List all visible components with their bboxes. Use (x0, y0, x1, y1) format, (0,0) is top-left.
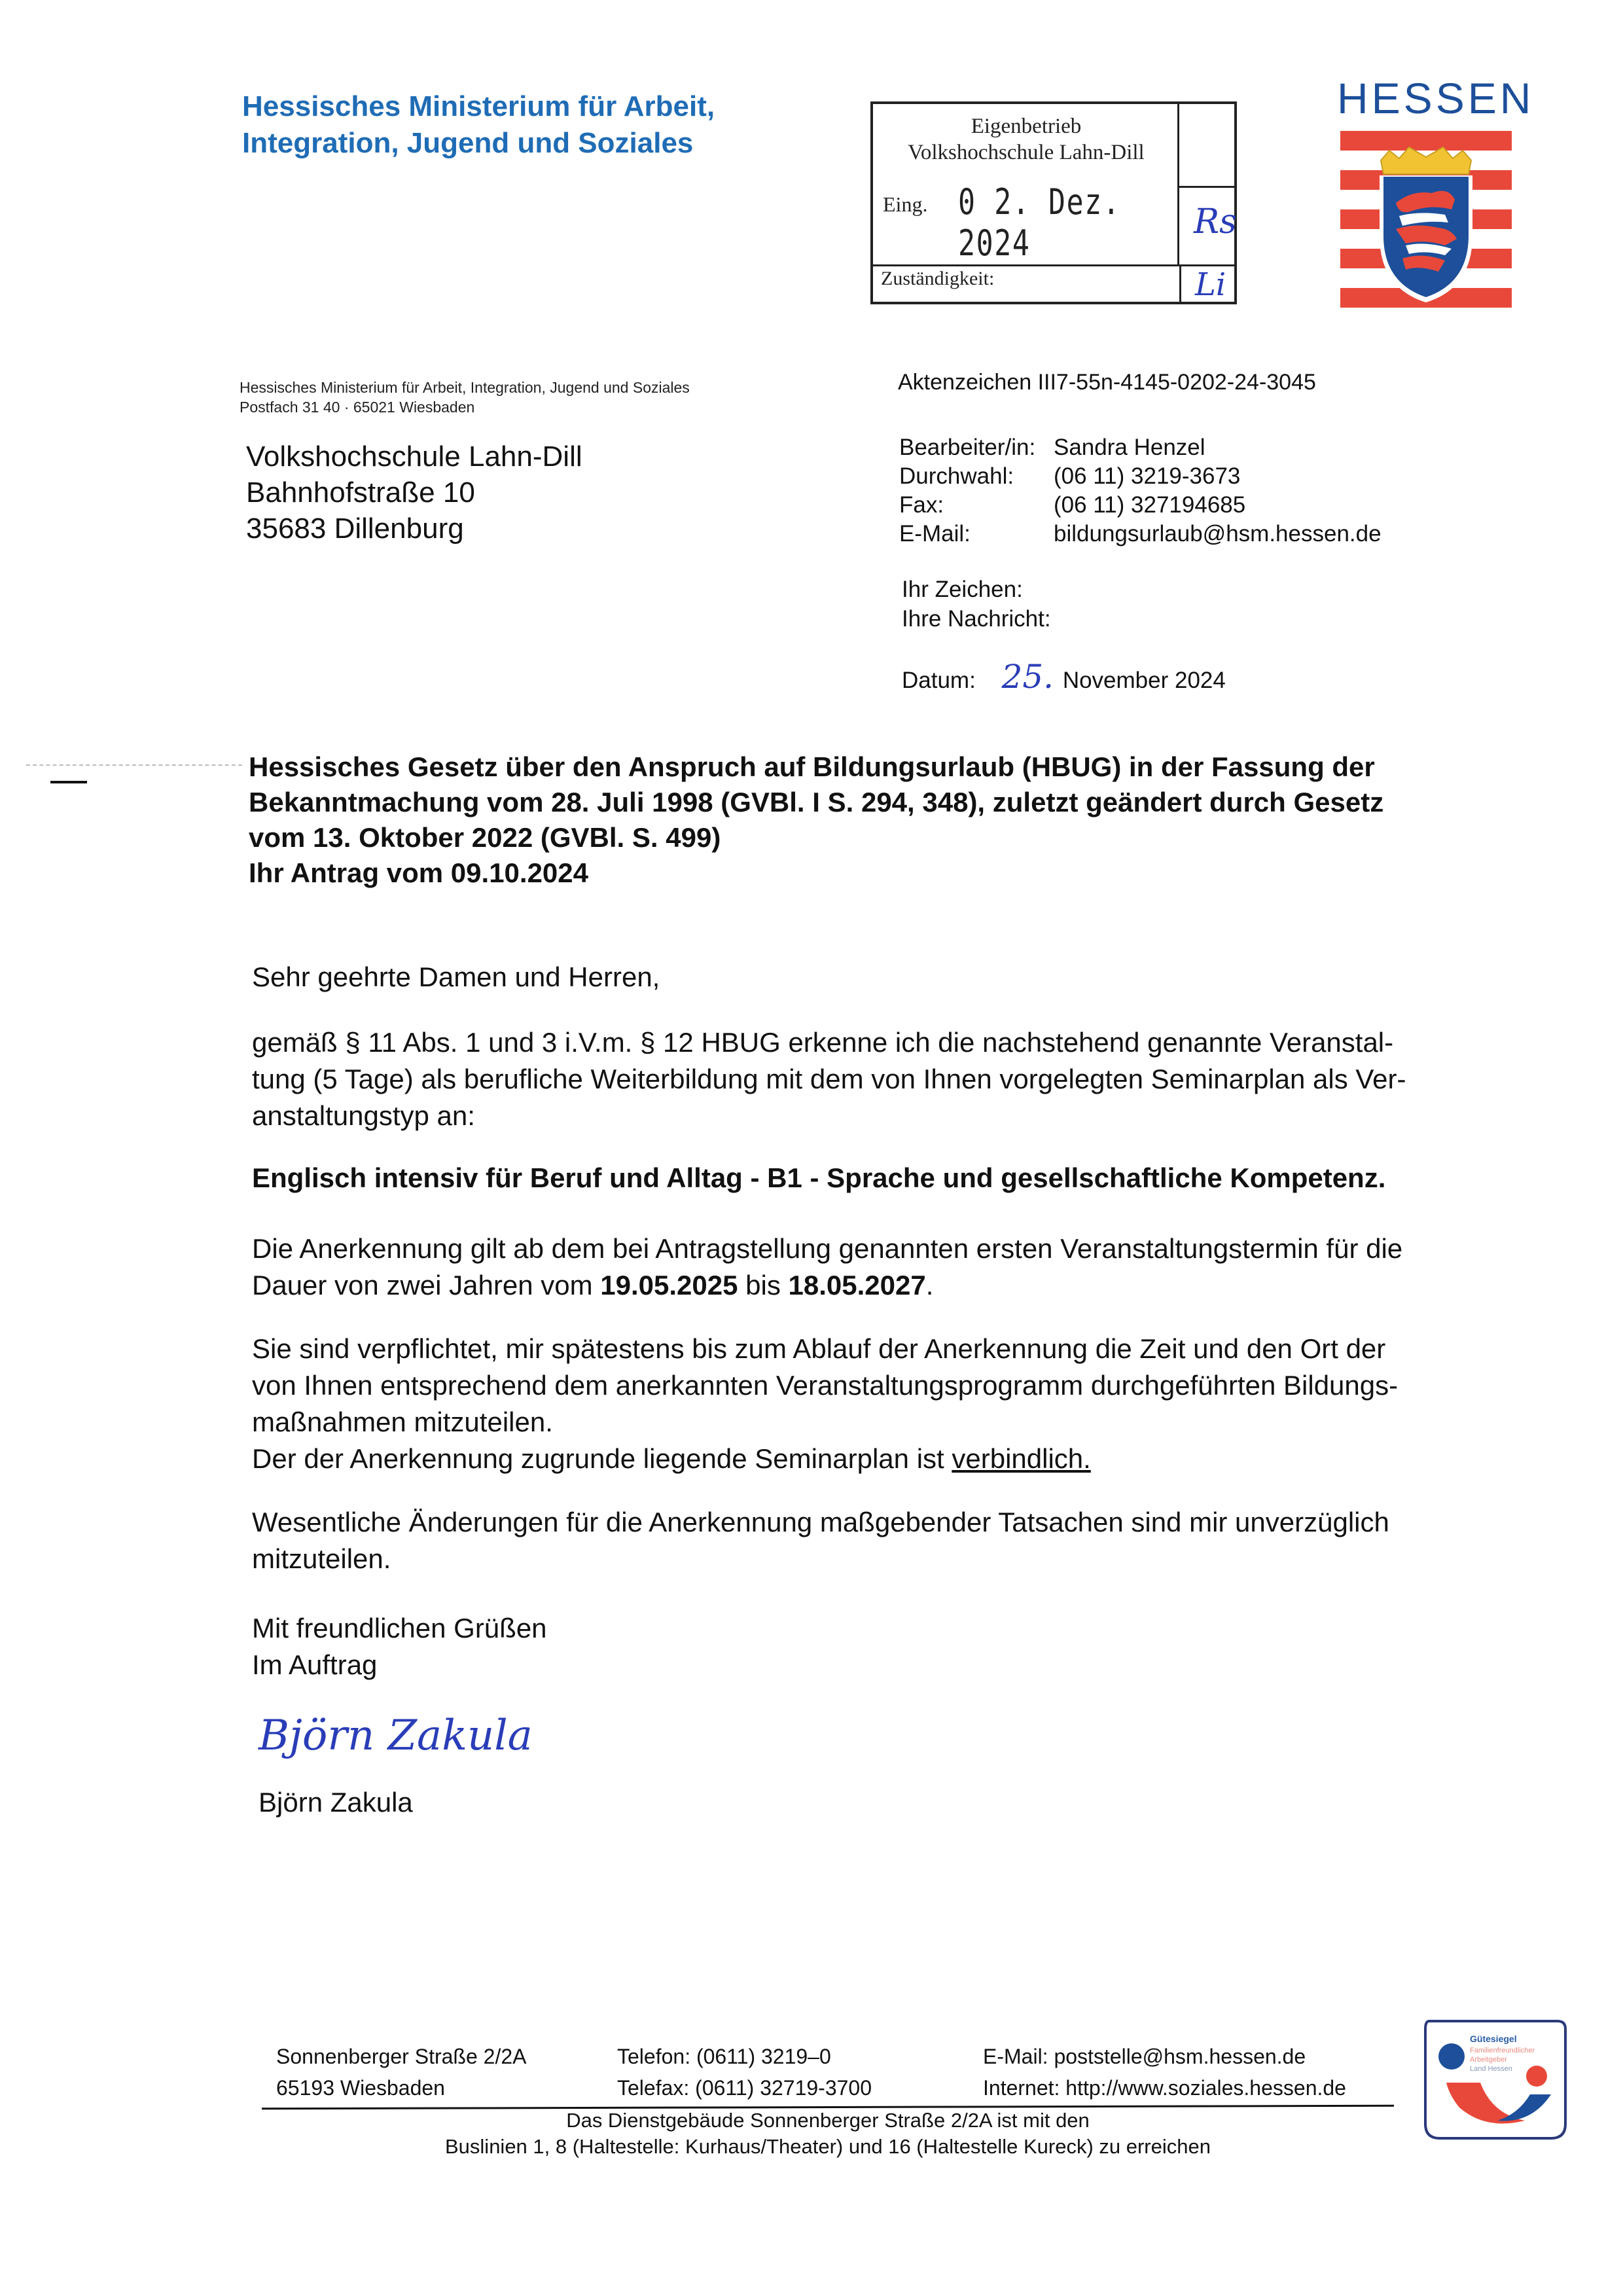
course-title: Englisch intensiv für Beruf und Alltag -… (252, 1160, 1522, 1196)
subject-line3: vom 13. Oktober 2022 (GVBl. S. 499) (249, 820, 1383, 855)
binding-prefix: Der der Anerkennung zugrunde liegende Se… (252, 1443, 952, 1474)
footer-email[interactable]: E-Mail: poststelle@hsm.hessen.de (983, 2041, 1346, 2072)
paragraph-line: mitzuteilen. (252, 1541, 1522, 1577)
family-friendly-employer-seal-icon: Gütesiegel Familienfreundlicher Arbeitge… (1420, 2016, 1571, 2144)
closing-greeting: Mit freundlichen Grüßen (252, 1610, 1522, 1647)
footer-transport-note: Das Dienstgebäude Sonnenberger Straße 2/… (262, 2108, 1394, 2160)
ministry-title-line1: Hessisches Ministerium für Arbeit, (242, 88, 715, 125)
recipient-address: Volkshochschule Lahn-Dill Bahnhofstraße … (246, 439, 582, 547)
ministry-title: Hessisches Ministerium für Arbeit, Integ… (242, 88, 715, 162)
fold-mark (50, 781, 87, 783)
ministry-title-line2: Integration, Jugend und Soziales (242, 125, 715, 162)
paragraph-line: gemäß § 11 Abs. 1 und 3 i.V.m. § 12 HBUG… (252, 1024, 1522, 1061)
paragraph-obligation: Sie sind verpflichtet, mir spätestens bi… (252, 1331, 1522, 1477)
contact-label: Durchwahl: (899, 462, 1054, 491)
validity-prefix: Dauer von zwei Jahren vom (252, 1270, 600, 1300)
stamp-side-cell-top (1179, 104, 1234, 188)
file-reference-value: III7-55n-4145-0202-24-3045 (1038, 370, 1316, 395)
recipient-street: Bahnhofstraße 10 (246, 475, 582, 511)
valid-from-date: 19.05.2025 (600, 1270, 738, 1300)
paragraph-line: Sie sind verpflichtet, mir spätestens bi… (252, 1331, 1522, 1367)
subject-line2: Bekanntmachung vom 28. Juli 1998 (GVBl. … (249, 785, 1383, 820)
paragraph-line: Die Anerkennung gilt ab dem bei Antragst… (252, 1230, 1522, 1267)
contact-row-fax: Fax: (06 11) 327194685 (899, 491, 1382, 520)
svg-text:Familienfreundlicher: Familienfreundlicher (1470, 2047, 1535, 2054)
sender-line1: Hessisches Ministerium für Arbeit, Integ… (240, 378, 690, 397)
letter-date: Datum: 25. November 2024 (902, 658, 1226, 696)
paragraph-changes: Wesentliche Änderungen für die Anerkennu… (252, 1504, 1522, 1577)
handwritten-signature: Björn Zakula (259, 1712, 533, 1760)
handwritten-initials-li: Li (1195, 266, 1226, 303)
stamp-org-line1: Eigenbetrieb (873, 113, 1179, 139)
contact-label: Fax: (899, 491, 1054, 520)
validity-between: bis (738, 1270, 788, 1300)
contact-value: Sandra Henzel (1054, 433, 1205, 462)
footer-city: 65193 Wiesbaden (276, 2072, 526, 2104)
footer-phone-block: Telefon: (0611) 3219–0 Telefax: (0611) 3… (617, 2041, 872, 2104)
contact-row-clerk: Bearbeiter/in: Sandra Henzel (899, 433, 1382, 462)
footer-address: Sonnenberger Straße 2/2A 65193 Wiesbaden (276, 2041, 526, 2104)
your-reference-block: Ihr Zeichen: Ihre Nachricht: (902, 575, 1051, 634)
closing: Mit freundlichen Grüßen Im Auftrag (252, 1610, 1522, 1683)
contact-row-phone: Durchwahl: (06 11) 3219-3673 (899, 462, 1382, 491)
date-label: Datum: (902, 668, 976, 693)
paragraph-line: von Ihnen entsprechend dem anerkannten V… (252, 1367, 1522, 1404)
date-day-handwritten: 25. (1002, 658, 1054, 696)
fold-line (26, 764, 242, 766)
stamp-responsibility-label: Zuständigkeit: (881, 268, 994, 290)
svg-text:Land Hessen: Land Hessen (1470, 2065, 1512, 2073)
paragraph-line: maßnahmen mitzuteilen. (252, 1404, 1522, 1441)
stamp-received-date: 0 2. Dez. 2024 (958, 181, 1179, 264)
contact-block: Bearbeiter/in: Sandra Henzel Durchwahl: … (899, 433, 1382, 548)
paragraph-recognition: gemäß § 11 Abs. 1 und 3 i.V.m. § 12 HBUG… (252, 1024, 1522, 1134)
your-reference-label: Ihr Zeichen: (902, 575, 1051, 604)
sender-line2: Postfach 31 40 · 65021 Wiesbaden (240, 397, 690, 417)
receipt-stamp: Eigenbetrieb Volkshochschule Lahn-Dill E… (870, 101, 1237, 304)
handwritten-initials-rs: Rs (1194, 202, 1237, 242)
file-reference-label: Aktenzeichen (898, 370, 1031, 395)
salutation: Sehr geehrte Damen und Herren, (252, 959, 1522, 996)
footer-online-block: E-Mail: poststelle@hsm.hessen.de Interne… (983, 2041, 1346, 2104)
stamp-org-line2: Volkshochschule Lahn-Dill (873, 139, 1179, 166)
file-reference: Aktenzeichen III7-55n-4145-0202-24-3045 (898, 370, 1316, 395)
contact-label: Bearbeiter/in: (899, 433, 1054, 462)
paragraph-line: Dauer von zwei Jahren vom 19.05.2025 bis… (252, 1267, 1522, 1304)
svg-text:Arbeitgeber: Arbeitgeber (1470, 2056, 1507, 2064)
svg-text:Gütesiegel: Gütesiegel (1470, 2034, 1517, 2044)
stamp-received-label: Eing. (883, 192, 927, 217)
closing-on-behalf: Im Auftrag (252, 1647, 1522, 1683)
binding-emphasis: verbindlich. (952, 1443, 1090, 1474)
your-message-label: Ihre Nachricht: (902, 604, 1051, 634)
hessen-coat-of-arms-icon (1340, 131, 1512, 308)
paragraph-line: anstaltungstyp an: (252, 1098, 1522, 1134)
paragraph-line: tung (5 Tage) als berufliche Weiterbildu… (252, 1061, 1522, 1098)
contact-value: (06 11) 3219-3673 (1054, 462, 1240, 491)
validity-suffix: . (926, 1270, 934, 1300)
subject-line4: Ihr Antrag vom 09.10.2024 (249, 855, 1383, 891)
footer-website[interactable]: Internet: http://www.soziales.hessen.de (983, 2072, 1346, 2104)
signer-name: Björn Zakula (259, 1787, 413, 1818)
paragraph-validity: Die Anerkennung gilt ab dem bei Antragst… (252, 1230, 1522, 1304)
paragraph-line: Wesentliche Änderungen für die Anerkennu… (252, 1504, 1522, 1541)
recipient-city: 35683 Dillenburg (246, 511, 582, 547)
footer-street: Sonnenberger Straße 2/2A (276, 2041, 526, 2072)
recipient-name: Volkshochschule Lahn-Dill (246, 439, 582, 475)
contact-label: E-Mail: (899, 520, 1054, 548)
stamp-organisation: Eigenbetrieb Volkshochschule Lahn-Dill (873, 113, 1179, 166)
contact-row-email: E-Mail: bildungsurlaub@hsm.hessen.de (899, 520, 1382, 548)
contact-email[interactable]: bildungsurlaub@hsm.hessen.de (1054, 520, 1382, 548)
paragraph-line: Der der Anerkennung zugrunde liegende Se… (252, 1441, 1522, 1477)
hessen-logo-text: HESSEN (1337, 73, 1534, 123)
footer-note-line1: Das Dienstgebäude Sonnenberger Straße 2/… (262, 2108, 1394, 2134)
footer-phone: Telefon: (0611) 3219–0 (617, 2041, 872, 2072)
footer-note-line2: Buslinien 1, 8 (Haltestelle: Kurhaus/The… (262, 2134, 1394, 2160)
subject-line1: Hessisches Gesetz über den Anspruch auf … (249, 749, 1383, 785)
date-month-year: November 2024 (1063, 668, 1226, 693)
valid-to-date: 18.05.2027 (789, 1270, 926, 1300)
subject-block: Hessisches Gesetz über den Anspruch auf … (249, 749, 1383, 891)
footer-fax: Telefax: (0611) 32719-3700 (617, 2072, 872, 2104)
sender-return-address: Hessisches Ministerium für Arbeit, Integ… (240, 378, 690, 417)
contact-value: (06 11) 327194685 (1054, 491, 1245, 520)
